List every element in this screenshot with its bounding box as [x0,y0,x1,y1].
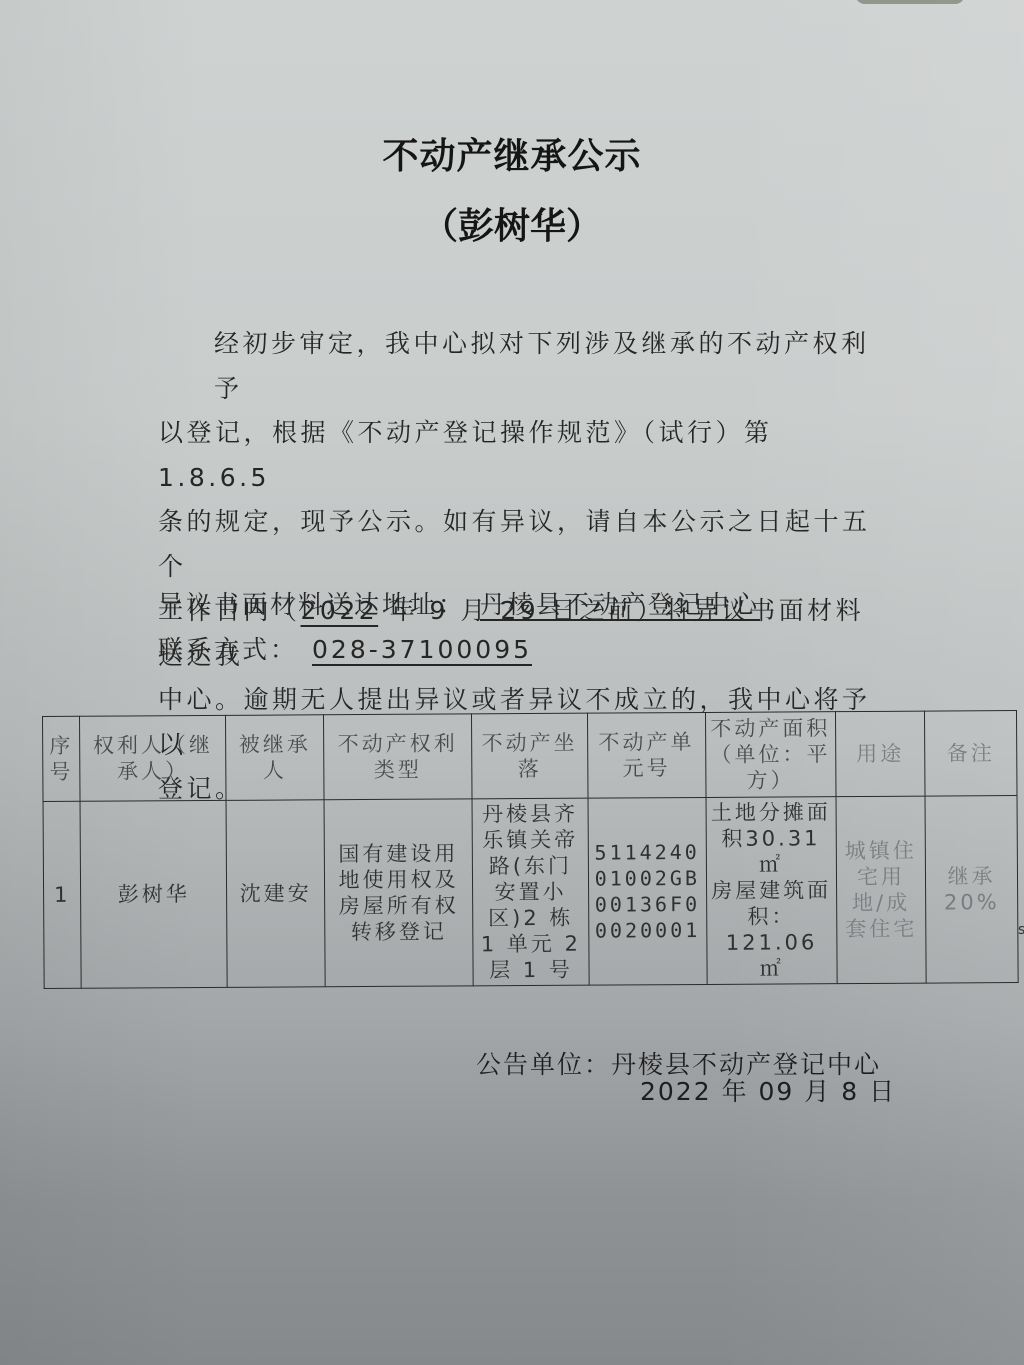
document-title: 不动产继承公示 [0,128,1024,179]
contact-label: 联系方式： [158,635,298,664]
cell-usage: 城镇住宅用地/成套住宅 [836,796,927,984]
issue-date: 2022 年 09 月 8 日 [640,1072,896,1108]
address-value: 丹棱县不动产登记中心 [480,590,760,619]
inheritance-table: 序号 权利人（继承人） 被继承人 不动产权利类型 不动产坐落 不动产单元号 不动… [42,710,1019,989]
paragraph-line-3: 条的规定，现予公示。如有异议，请自本公示之日起十五个 [158,500,888,589]
header-usage: 用途 [835,711,925,797]
cell-index: 1 [43,801,81,988]
table-row: 1 彭树华 沈建安 国有建设用地使用权及房屋所有权转移登记 丹棱县齐乐镇关帝路(… [43,796,1018,989]
table-header-row: 序号 权利人（继承人） 被继承人 不动产权利类型 不动产坐落 不动产单元号 不动… [43,711,1018,802]
header-right-type: 不动产权利类型 [323,714,472,800]
contact-phone: 028-37100095 [312,635,532,664]
address-label: 异议书面材料送达地址： [158,590,466,619]
header-area: 不动产面积（单位：平方） [705,712,835,798]
paragraph-line-2: 以登记，根据《不动产登记操作规范》（试行）第 1.8.6.5 [158,411,888,500]
cell-remark: 继承20% [925,796,1018,984]
document-subtitle: （彭树华） [0,198,1024,249]
edge-mark: s [1018,922,1024,938]
objection-address: 异议书面材料送达地址：丹棱县不动产登记中心 [158,585,760,621]
header-decedent: 被继承人 [226,715,324,801]
header-remark: 备注 [925,711,1017,797]
paragraph-line-1: 经初步审定，我中心拟对下列涉及继承的不动产权利予 [158,322,888,411]
header-location: 不动产坐落 [472,713,588,799]
cell-decedent: 沈建安 [226,800,325,988]
header-unit-number: 不动产单元号 [587,712,705,798]
header-index: 序号 [43,716,81,801]
cell-heir: 彭树华 [80,800,227,988]
cell-unit-number: 511424001002GB00136F00020001 [588,797,707,985]
corner-smudge [855,0,965,4]
contact-info: 联系方式：028-37100095 [158,630,532,666]
cell-area: 土地分摊面积30.31 ㎡ 房屋建筑面积：121.06 ㎡ [706,797,837,985]
header-heir: 权利人（继承人） [80,715,227,801]
cell-location: 丹棱县齐乐镇关帝路(东门安置小区)2 栋 1 单元 2 层 1 号 [472,798,589,986]
cell-right-type: 国有建设用地使用权及房屋所有权转移登记 [324,799,473,987]
